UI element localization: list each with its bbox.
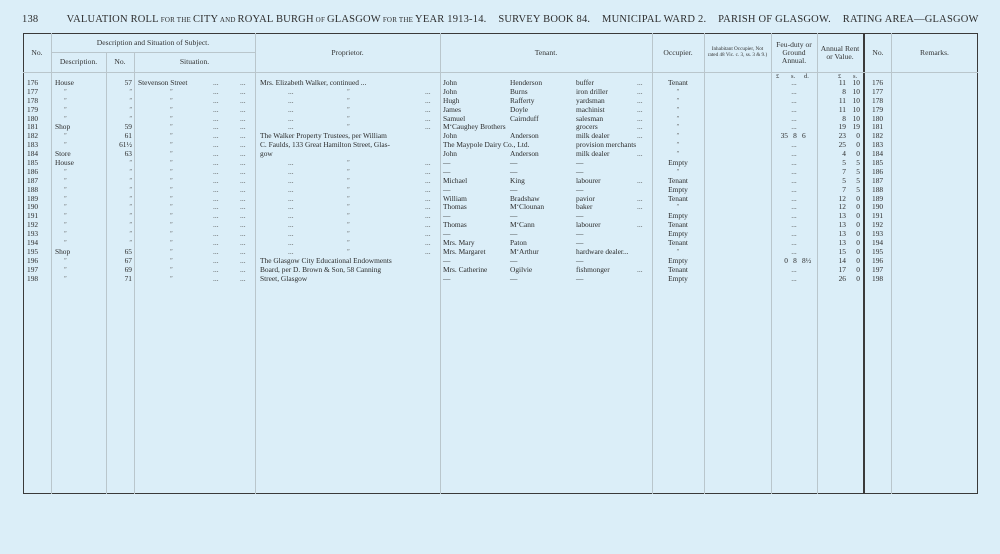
header-occupier: Occupier. — [652, 33, 704, 72]
table-row: 183”61½”......C. Faulds, 133 Great Hamil… — [0, 141, 1000, 150]
header-remarks: Remarks. — [891, 33, 978, 72]
ditto-mark: ” — [347, 203, 350, 212]
situation: ” — [170, 88, 240, 97]
occupier-status: Empty — [652, 275, 704, 284]
ditto-mark: ” — [347, 177, 350, 186]
table-row: 188”””.........”...———Empty...75188 — [0, 186, 1000, 195]
street-number: ” — [106, 97, 132, 106]
header-description: Description. — [51, 52, 106, 72]
situation: ” — [170, 257, 240, 266]
ditto-mark: ” — [347, 115, 350, 124]
occupier-status: ” — [652, 97, 704, 106]
proprietor: gow — [260, 150, 438, 159]
street-number: ” — [106, 186, 132, 195]
page-number: 138 — [22, 14, 64, 25]
dots: ... — [637, 132, 643, 141]
header-tenant: Tenant. — [440, 33, 652, 72]
feu-duty-pence: 8½ — [802, 257, 814, 266]
table-row: 197”69”...... Board, per D. Brown & Son,… — [0, 266, 1000, 275]
header-rule — [23, 72, 978, 73]
proprietor: C. Faulds, 133 Great Hamilton Street, Gl… — [260, 141, 438, 150]
occupier-status: ” — [652, 88, 704, 97]
table-row: 190”””.........”...ThomasM‘Clounanbaker.… — [0, 203, 1000, 212]
ditto-mark: ” — [347, 106, 350, 115]
dots: ... — [637, 221, 643, 230]
street-number: ” — [106, 106, 132, 115]
table-row: 177”””.........”...JohnBurnsiron driller… — [0, 88, 1000, 97]
header-proprietor: Proprietor. — [255, 33, 440, 72]
situation: ” — [170, 186, 240, 195]
table-row: 185House””.........”...———Empty...55185 — [0, 159, 1000, 168]
header-no-right: No. — [865, 33, 891, 72]
situation: ” — [170, 132, 240, 141]
tenant-surname: Cairnduff — [510, 115, 539, 124]
situation: ” — [170, 212, 240, 221]
description: Shop — [55, 123, 105, 132]
header-no: No. — [23, 33, 51, 72]
table-body: 176House57Stevenson Street......Mrs. Eli… — [0, 79, 1000, 283]
ditto-mark: ” — [347, 221, 350, 230]
table-row: 198”71”...... Street, Glasgow———Empty...… — [0, 275, 1000, 284]
description: House — [55, 159, 105, 168]
table-row: 179”””.........”...JamesDoylemachinist..… — [0, 106, 1000, 115]
table-row: 184Store63”......gowJohnAndersonmilk dea… — [0, 150, 1000, 159]
street-number: ” — [106, 168, 132, 177]
occupier-status: Empty — [652, 159, 704, 168]
occupier-status: Tenant — [652, 79, 704, 88]
street-number: ” — [106, 195, 132, 204]
occupier-status: ” — [652, 141, 704, 150]
title-part: FOR THE — [381, 16, 415, 24]
tenant-surname: — — [510, 275, 517, 284]
header-feu-duty: Feu-duty or Ground Annual. — [773, 33, 815, 72]
rent-shillings: 0 — [848, 275, 860, 284]
occupier-status: ” — [652, 132, 704, 141]
ditto-mark: ” — [347, 168, 350, 177]
occupier-status: Tenant — [652, 195, 704, 204]
proprietor: Mrs. Elizabeth Walker, continued ... — [260, 79, 438, 88]
title-part: AND — [218, 16, 237, 24]
table-row: 193”””.........”...———Empty...130193 — [0, 230, 1000, 239]
situation: ” — [170, 159, 240, 168]
title-part: YEAR 1913-14. — [415, 14, 486, 25]
situation: ” — [170, 203, 240, 212]
table-row: 196”67”......The Glasgow City Educationa… — [0, 257, 1000, 266]
situation: ” — [170, 195, 240, 204]
ditto-mark: ” — [347, 186, 350, 195]
ditto-mark: ” — [347, 97, 350, 106]
dots: ... — [637, 150, 643, 159]
table-row: 186”””.........”...———”...75186 — [0, 168, 1000, 177]
situation: ” — [170, 106, 240, 115]
ditto-mark: ” — [347, 159, 350, 168]
situation: Stevenson Street — [138, 79, 208, 88]
situation: ” — [170, 275, 240, 284]
header-inhabitant-occupier: Inhabitant Occupier, Not rated 48 Vic. c… — [706, 33, 769, 72]
occupier-status: Tenant — [652, 239, 704, 248]
municipal-ward: MUNICIPAL WARD 2. — [602, 14, 706, 25]
title-part: GLASGOW — [327, 14, 381, 25]
ditto-mark: ” — [347, 195, 350, 204]
header-annual-rent: Annual Rent or Value. — [819, 33, 861, 72]
page-title: 138 VALUATION ROLL FOR THE CITY AND ROYA… — [22, 14, 992, 25]
dots: ... — [425, 123, 431, 132]
table-row: 178”””.........”...HughRaffertyyardsman.… — [0, 97, 1000, 106]
ditto-mark: ” — [347, 212, 350, 221]
table-row: 195Shop65”.........”...Mrs. MargaretM‘Ar… — [0, 248, 1000, 257]
dots: ... — [240, 275, 246, 284]
table-row: 194”””.........”...Mrs. MaryPaton—Tenant… — [0, 239, 1000, 248]
description: Shop — [55, 248, 105, 257]
table-row: 191”””.........”...———Empty...130191 — [0, 212, 1000, 221]
ditto-mark: ” — [347, 88, 350, 97]
parish: PARISH OF GLASGOW. — [718, 14, 831, 25]
occupier-status: ” — [652, 123, 704, 132]
tenant-first-name: — — [443, 275, 450, 284]
table-row: 176House57Stevenson Street......Mrs. Eli… — [0, 79, 1000, 88]
situation: ” — [170, 221, 240, 230]
feu-duty: ... — [771, 275, 817, 284]
occupier-status: ” — [652, 115, 704, 124]
situation: ” — [170, 168, 240, 177]
row-number: 198 — [27, 275, 47, 284]
feu-duty-pounds: 0 — [776, 257, 788, 266]
survey-book: SURVEY BOOK 84. — [498, 14, 590, 25]
table-row: 189”””.........”...WilliamBradshawpavior… — [0, 195, 1000, 204]
ditto-mark: ” — [347, 239, 350, 248]
proprietor: Street, Glasgow — [260, 275, 438, 284]
table-row: 187”””.........”...MichaelKinglabourer..… — [0, 177, 1000, 186]
tenant-occupation: hardware dealer... — [576, 248, 629, 257]
situation: ” — [170, 141, 240, 150]
occupier-status: ” — [652, 106, 704, 115]
feu-duty-pence: 6 — [802, 132, 814, 141]
table-row: 181Shop59”.........”...M‘Caughey Brother… — [0, 123, 1000, 132]
row-number-right: 198 — [872, 275, 892, 284]
header-number: No. — [106, 52, 134, 72]
title-part: ROYAL BURGH — [238, 14, 314, 25]
situation: ” — [170, 115, 240, 124]
roll-title: VALUATION ROLL FOR THE CITY AND ROYAL BU… — [67, 14, 487, 25]
dots: ... — [637, 203, 643, 212]
tenant-occupation: — — [576, 275, 583, 284]
situation: ” — [170, 177, 240, 186]
situation: ” — [170, 248, 240, 257]
title-part: FOR THE — [159, 16, 193, 24]
situation: ” — [170, 97, 240, 106]
header-description-group: Description and Situation of Subject. — [51, 33, 255, 52]
rating-area: RATING AREA—GLASGOW — [843, 14, 979, 25]
dots: ... — [637, 177, 643, 186]
ditto-mark: ” — [347, 230, 350, 239]
street-number: ” — [106, 212, 132, 221]
rent-pounds: 26 — [826, 275, 846, 284]
street-number: ” — [106, 159, 132, 168]
street-number: ” — [106, 177, 132, 186]
street-number: 71 — [106, 275, 132, 284]
situation: ” — [170, 239, 240, 248]
dots: ... — [425, 248, 431, 257]
title-part: OF — [314, 16, 327, 24]
situation: ” — [170, 123, 240, 132]
feu-duty-pounds: 35 — [776, 132, 788, 141]
situation: ” — [170, 230, 240, 239]
street-number: 57 — [106, 79, 132, 88]
situation: ” — [170, 150, 240, 159]
title-part: CITY — [193, 14, 218, 25]
street-number: ” — [106, 203, 132, 212]
dots: ... — [637, 266, 643, 275]
situation: ” — [170, 266, 240, 275]
description: House — [55, 79, 105, 88]
street-number: ” — [106, 88, 132, 97]
title-part: VALUATION ROLL — [67, 14, 159, 25]
table-row: 192”””.........”...ThomasM‘Cannlabourer.… — [0, 221, 1000, 230]
street-number: 63 — [106, 150, 132, 159]
dots: ... — [213, 275, 219, 284]
street-number: ” — [106, 230, 132, 239]
street-number: ” — [106, 221, 132, 230]
header-situation: Situation. — [134, 52, 255, 72]
